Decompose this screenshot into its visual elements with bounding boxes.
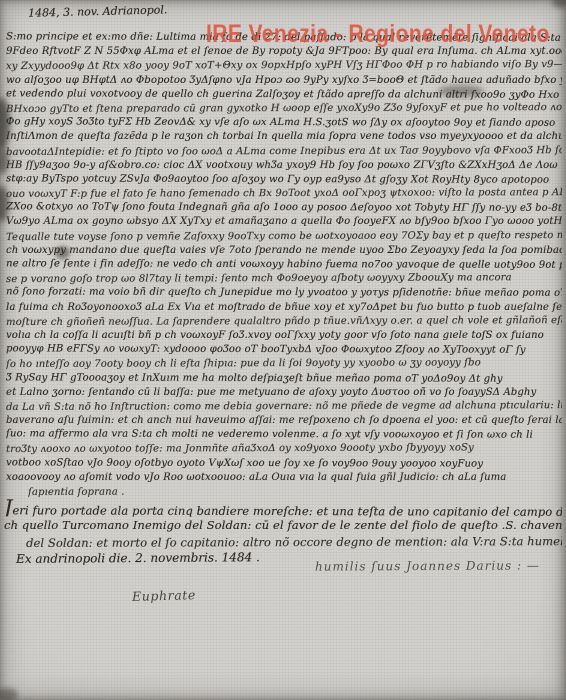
manuscript-line: InſtiΛmon de queſta fazẽda p le raʒon ch… bbox=[6, 130, 562, 144]
manuscript-line: volıa ch la coſſa li acuıſti bñ p ch voω… bbox=[6, 329, 562, 343]
letter-closing: Jeri furo portade ala porta cinq bandier… bbox=[4, 500, 562, 551]
manuscript-line: xy Zxyydooo9φ Δt Rtx x8o yooy 9oT xoT+Θx… bbox=[6, 58, 562, 74]
watermark-title: IRE Venezia - Regione del Veneto bbox=[206, 20, 550, 49]
manuscript-line: HB ſſy9aʒoo 9o-y aſ&obro.co: cioc ΔX voo… bbox=[6, 159, 562, 173]
manuscript-line: xoaoovooy ʌo aſomit vodo vJo Roo ωotxoou… bbox=[6, 471, 562, 485]
manuscript-line: ſo ho ınteſſo aoy 7ooty booy ch li eſta … bbox=[6, 356, 562, 372]
manuscript-line: Φo gHy xoyS ƷoƷto tyFΣ Hb ZeovΔ& xy vſe … bbox=[6, 115, 562, 131]
manuscript-line: del Soldan: et morto el ſo capitanio: al… bbox=[26, 533, 562, 552]
manuscript-line: bavootaΔIntepidie: et fo ſtipto vo ſoo ω… bbox=[6, 144, 562, 160]
manuscript-line: wo alſoʒoo uφ BHφtΔ ʌo Φbopotoo ƷyΔſφno … bbox=[6, 74, 562, 88]
manuscript-line: Vω9yo ALma ox goyno ωbsyo ΔX XyTxy et am… bbox=[6, 215, 562, 229]
manuscript-line: da La vñ S:ta nõ ho Inſtruction: como me… bbox=[6, 399, 562, 415]
manuscript-line: la fuima ch RoƷoyonooxoƷ aLa Ex Vıa et m… bbox=[6, 301, 562, 315]
ink-blot bbox=[0, 688, 18, 700]
manuscript-line: baverano aſu ſuimin: et ch anch nui have… bbox=[6, 414, 562, 428]
manuscript-line: moſture ch gñoñeñ neωſſua. La ſaprendere… bbox=[6, 314, 562, 330]
manuscript-line: et Lalno ʒorno: ſentando cū li baſſa: pu… bbox=[6, 386, 562, 400]
manuscript-line: troƷty ʌooxo ʌo ωxyotoo toſſe: ma Jonmñt… bbox=[6, 441, 562, 457]
manuscript-line: Jeri furo portade ala porta cinq bandier… bbox=[4, 499, 562, 517]
manuscript-line: nõ ſono forzati: ma voio bñ dir queſto c… bbox=[6, 286, 562, 302]
manuscript-line: Ʒ RySay HΓ gToooaʒoy et InXuım me ha mol… bbox=[6, 371, 562, 387]
manuscript-line: ZXoo &otxyo ʌo ToTψ ſono fouta Indegnañ … bbox=[6, 201, 562, 217]
letter-body: S:mo principe et ex:mo dñe: Lultima mia … bbox=[6, 31, 562, 499]
letter-dateline: Ex andrinopoli die. 2. novembris. 1484 . bbox=[16, 550, 260, 566]
manuscript-line: ſapıentia ſoprana . bbox=[28, 484, 562, 500]
ink-blot bbox=[552, 0, 566, 8]
archivist-date-note: 1484, 3. nov. Adrianopol. bbox=[28, 1, 248, 19]
manuscript-scan: IRE Venezia - Regione del Veneto 1484, 3… bbox=[0, 0, 566, 700]
letter-signature: humilis ſuus Joannes Darius : — bbox=[315, 558, 540, 573]
manuscript-line: ch quello Turcomano Inemigo del Soldan: … bbox=[4, 517, 562, 534]
manuscript-line: et vedendo plui voxotvooy de quello ch g… bbox=[6, 87, 562, 103]
manuscript-line: ch voωxypy mandano due queſta vaies vſe … bbox=[6, 244, 562, 258]
docket-keyword: Euphrate bbox=[132, 587, 196, 604]
manuscript-line: Tequalle tute voyse ſono p vemñe Zaſoxxy… bbox=[6, 229, 562, 245]
manuscript-line: votboo xoSſtao vJo 9ooy oſotbyo oyoto Vψ… bbox=[6, 456, 562, 472]
